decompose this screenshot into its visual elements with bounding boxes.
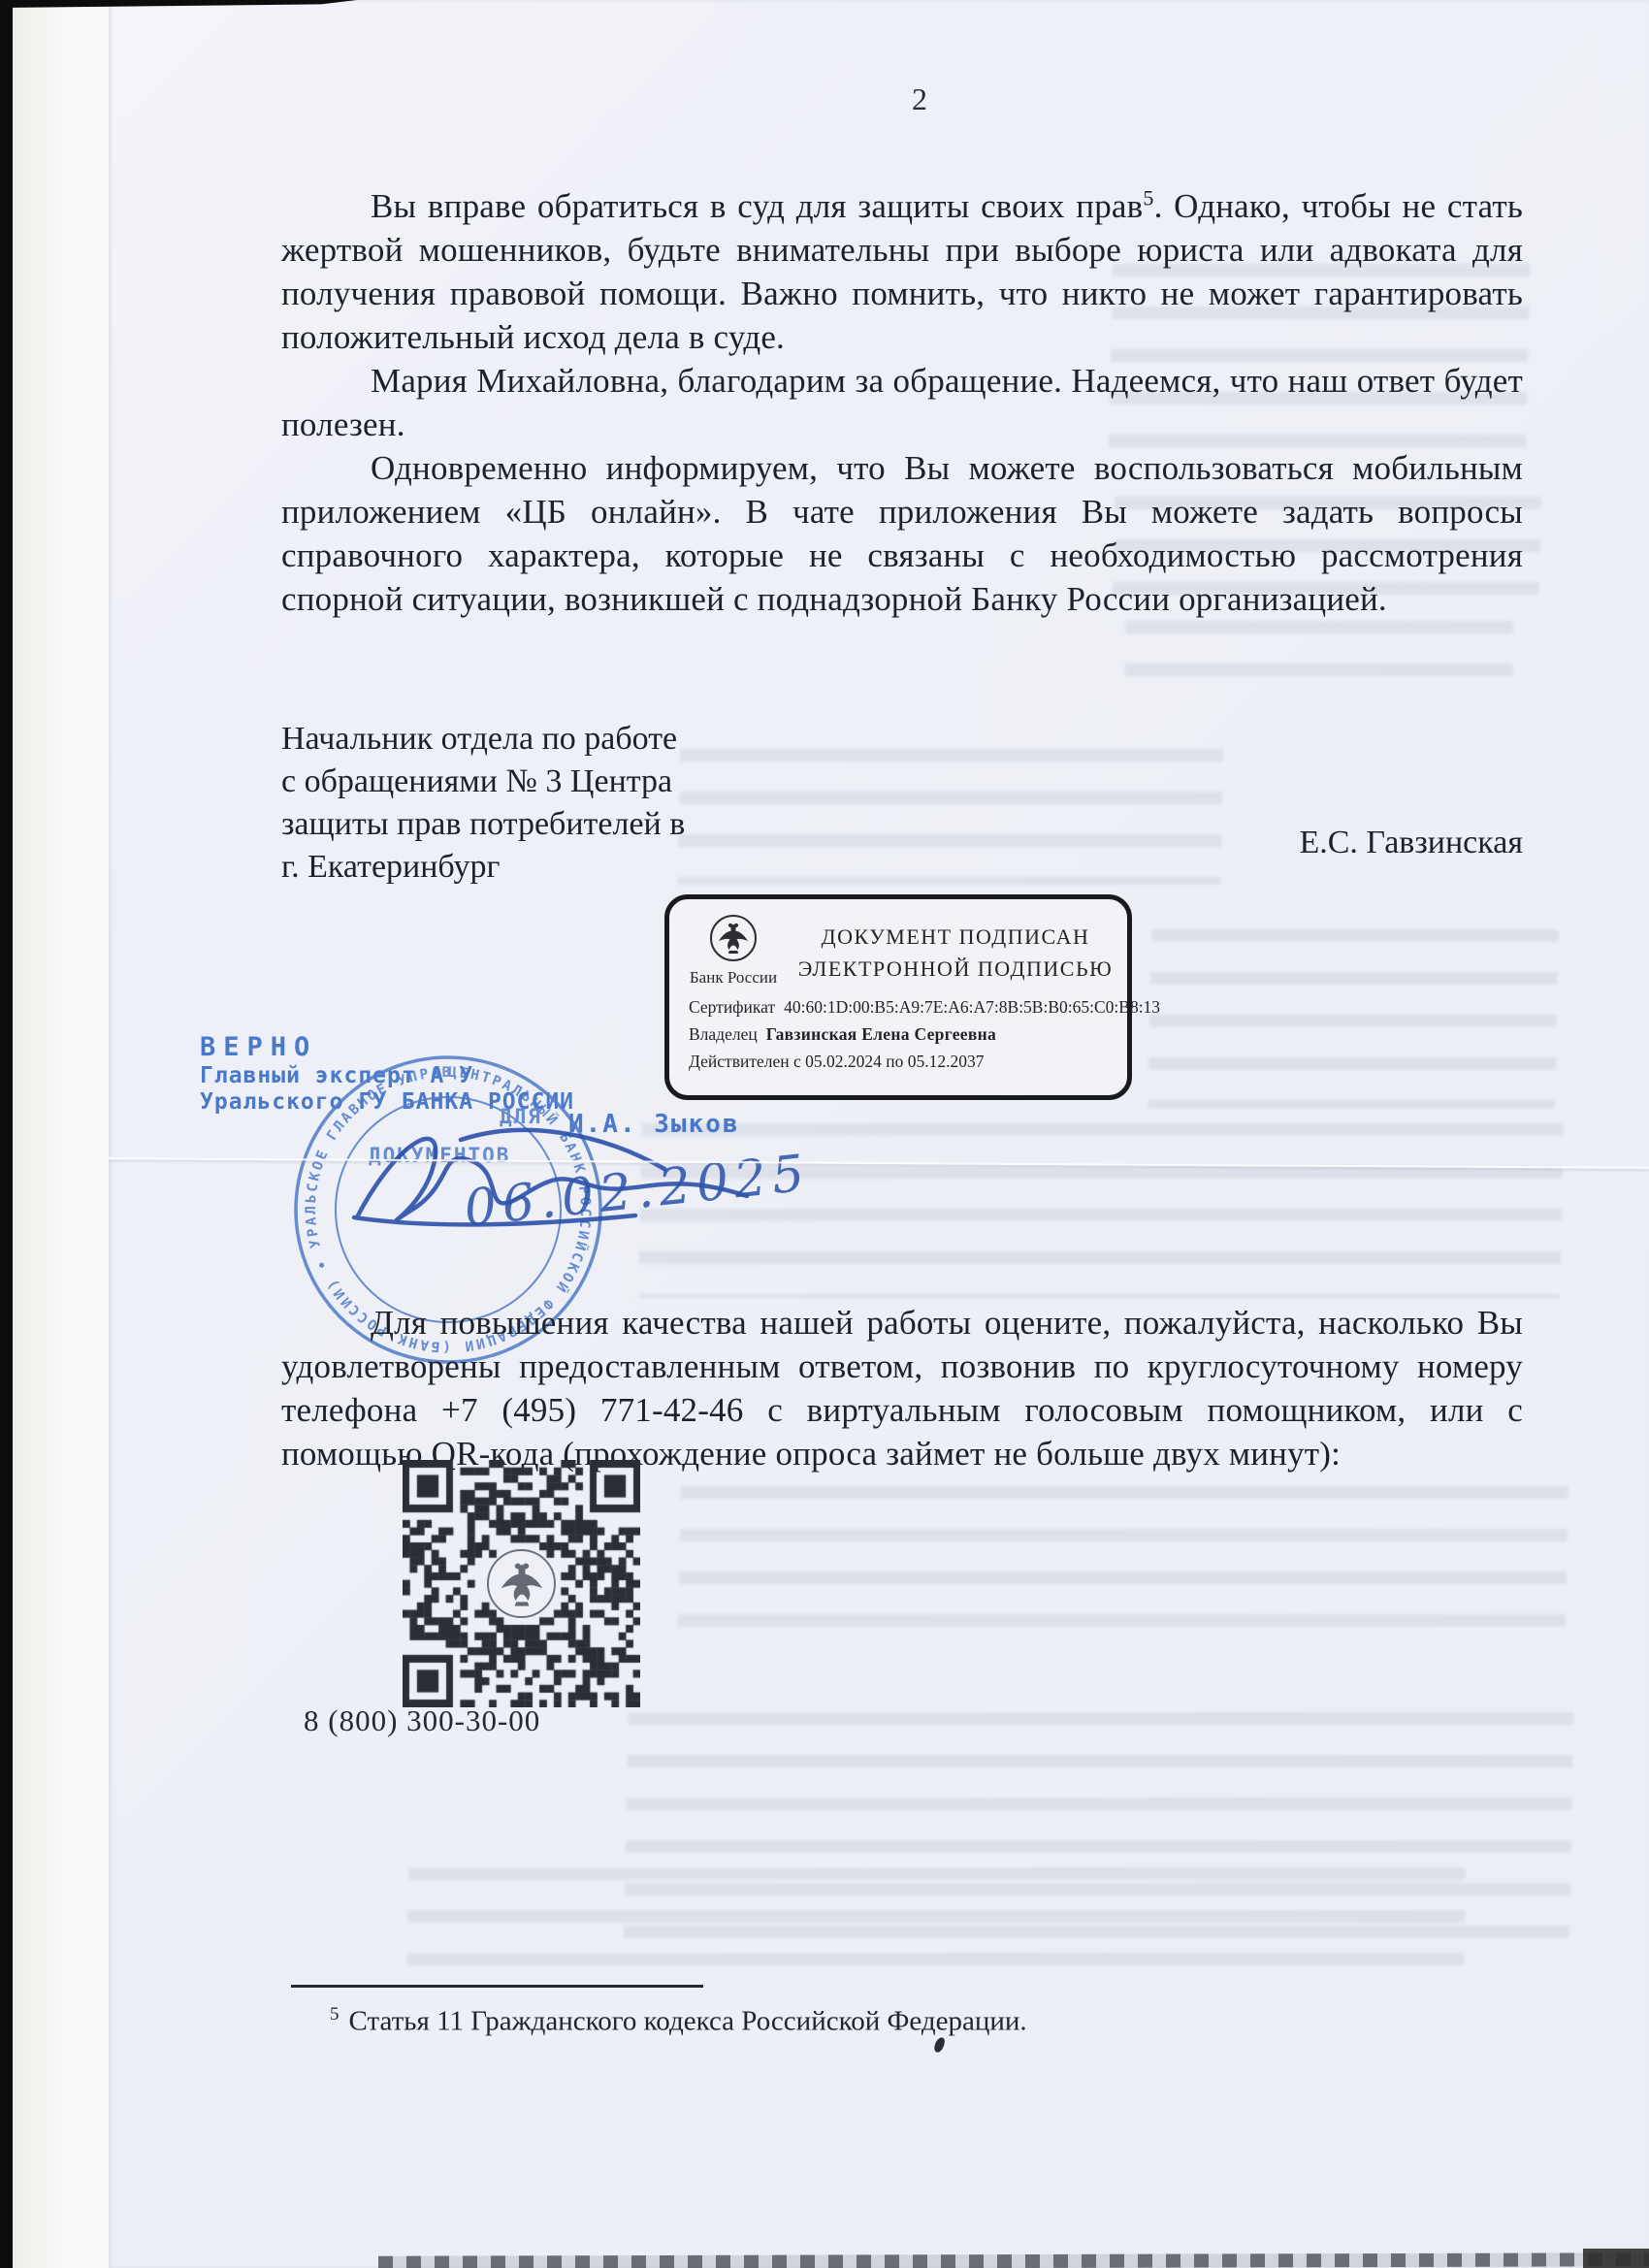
qr-center-logo — [487, 1549, 556, 1618]
bleedthrough-artifact — [406, 1867, 1467, 1989]
scanned-letter-page: 2 Вы вправе обратиться в суд для защиты … — [0, 0, 1649, 2268]
esignature-title: ДОКУМЕНТ ПОДПИСАН ЭЛЕКТРОННОЙ ПОДПИСЬЮ — [797, 915, 1127, 988]
certificate-line: Сертификат40:60:1D:00:B5:A9:7E:A6:A7:8B:… — [689, 993, 1117, 1021]
bank-of-russia-logo — [710, 915, 757, 961]
bleedthrough-artifact — [1124, 621, 1513, 679]
signatory-position-line: с обращениями № 3 Центра — [281, 761, 883, 803]
survey-paragraph: Для повышения качества нашей работы оцен… — [281, 1301, 1523, 1475]
signatory-position: Начальник отдела по работе с обращениями… — [281, 718, 883, 889]
paragraph-court-rights: Вы вправе обратиться в суд для защиты св… — [281, 184, 1523, 359]
scan-edge-bottom-corner — [1583, 2249, 1649, 2268]
double-eagle-icon — [500, 1561, 544, 1607]
owner-line: ВладелецГавзинская Елена Сергеевна — [689, 1021, 1117, 1048]
scan-edge-bottom — [378, 2252, 1649, 2268]
hotline-phone: 8 (800) 300-30-00 — [304, 1703, 540, 1738]
signatory-name: Е.С. Гавзинская — [1193, 825, 1523, 861]
letter-body: Вы вправе обратиться в суд для защиты св… — [281, 184, 1523, 621]
bleedthrough-artifact — [1148, 929, 1559, 1109]
validity-line: Действителен с 05.02.2024 по 05.12.2037 — [689, 1048, 1117, 1075]
page-number: 2 — [871, 81, 968, 117]
bleedthrough-artifact — [677, 1486, 1568, 1656]
scan-edge-left — [0, 0, 13, 2268]
signatory-position-line: защиты прав потребителей в — [281, 803, 883, 846]
paragraph-cb-online: Одновременно информируем, что Вы можете … — [281, 446, 1523, 621]
bank-logo-label: Банк России — [669, 968, 797, 988]
paragraph-thanks: Мария Михайловна, благодарим за обращени… — [281, 359, 1523, 446]
double-eagle-icon — [718, 922, 749, 955]
footnote-marker: 5 — [330, 2004, 339, 2025]
signatory-position-line: г. Екатеринбург — [281, 846, 883, 889]
footnote: 5Статья 11 Гражданского кодекса Российск… — [330, 2004, 1261, 2038]
qr-code — [403, 1460, 640, 1707]
paper-under-edge — [13, 0, 110, 2268]
esignature-stamp: Банк России ДОКУМЕНТ ПОДПИСАН ЭЛЕКТРОННО… — [664, 894, 1132, 1100]
signatory-position-line: Начальник отдела по работе — [281, 718, 883, 761]
footnote-rule — [291, 1985, 703, 1988]
footnote-reference: 5 — [1143, 185, 1153, 210]
